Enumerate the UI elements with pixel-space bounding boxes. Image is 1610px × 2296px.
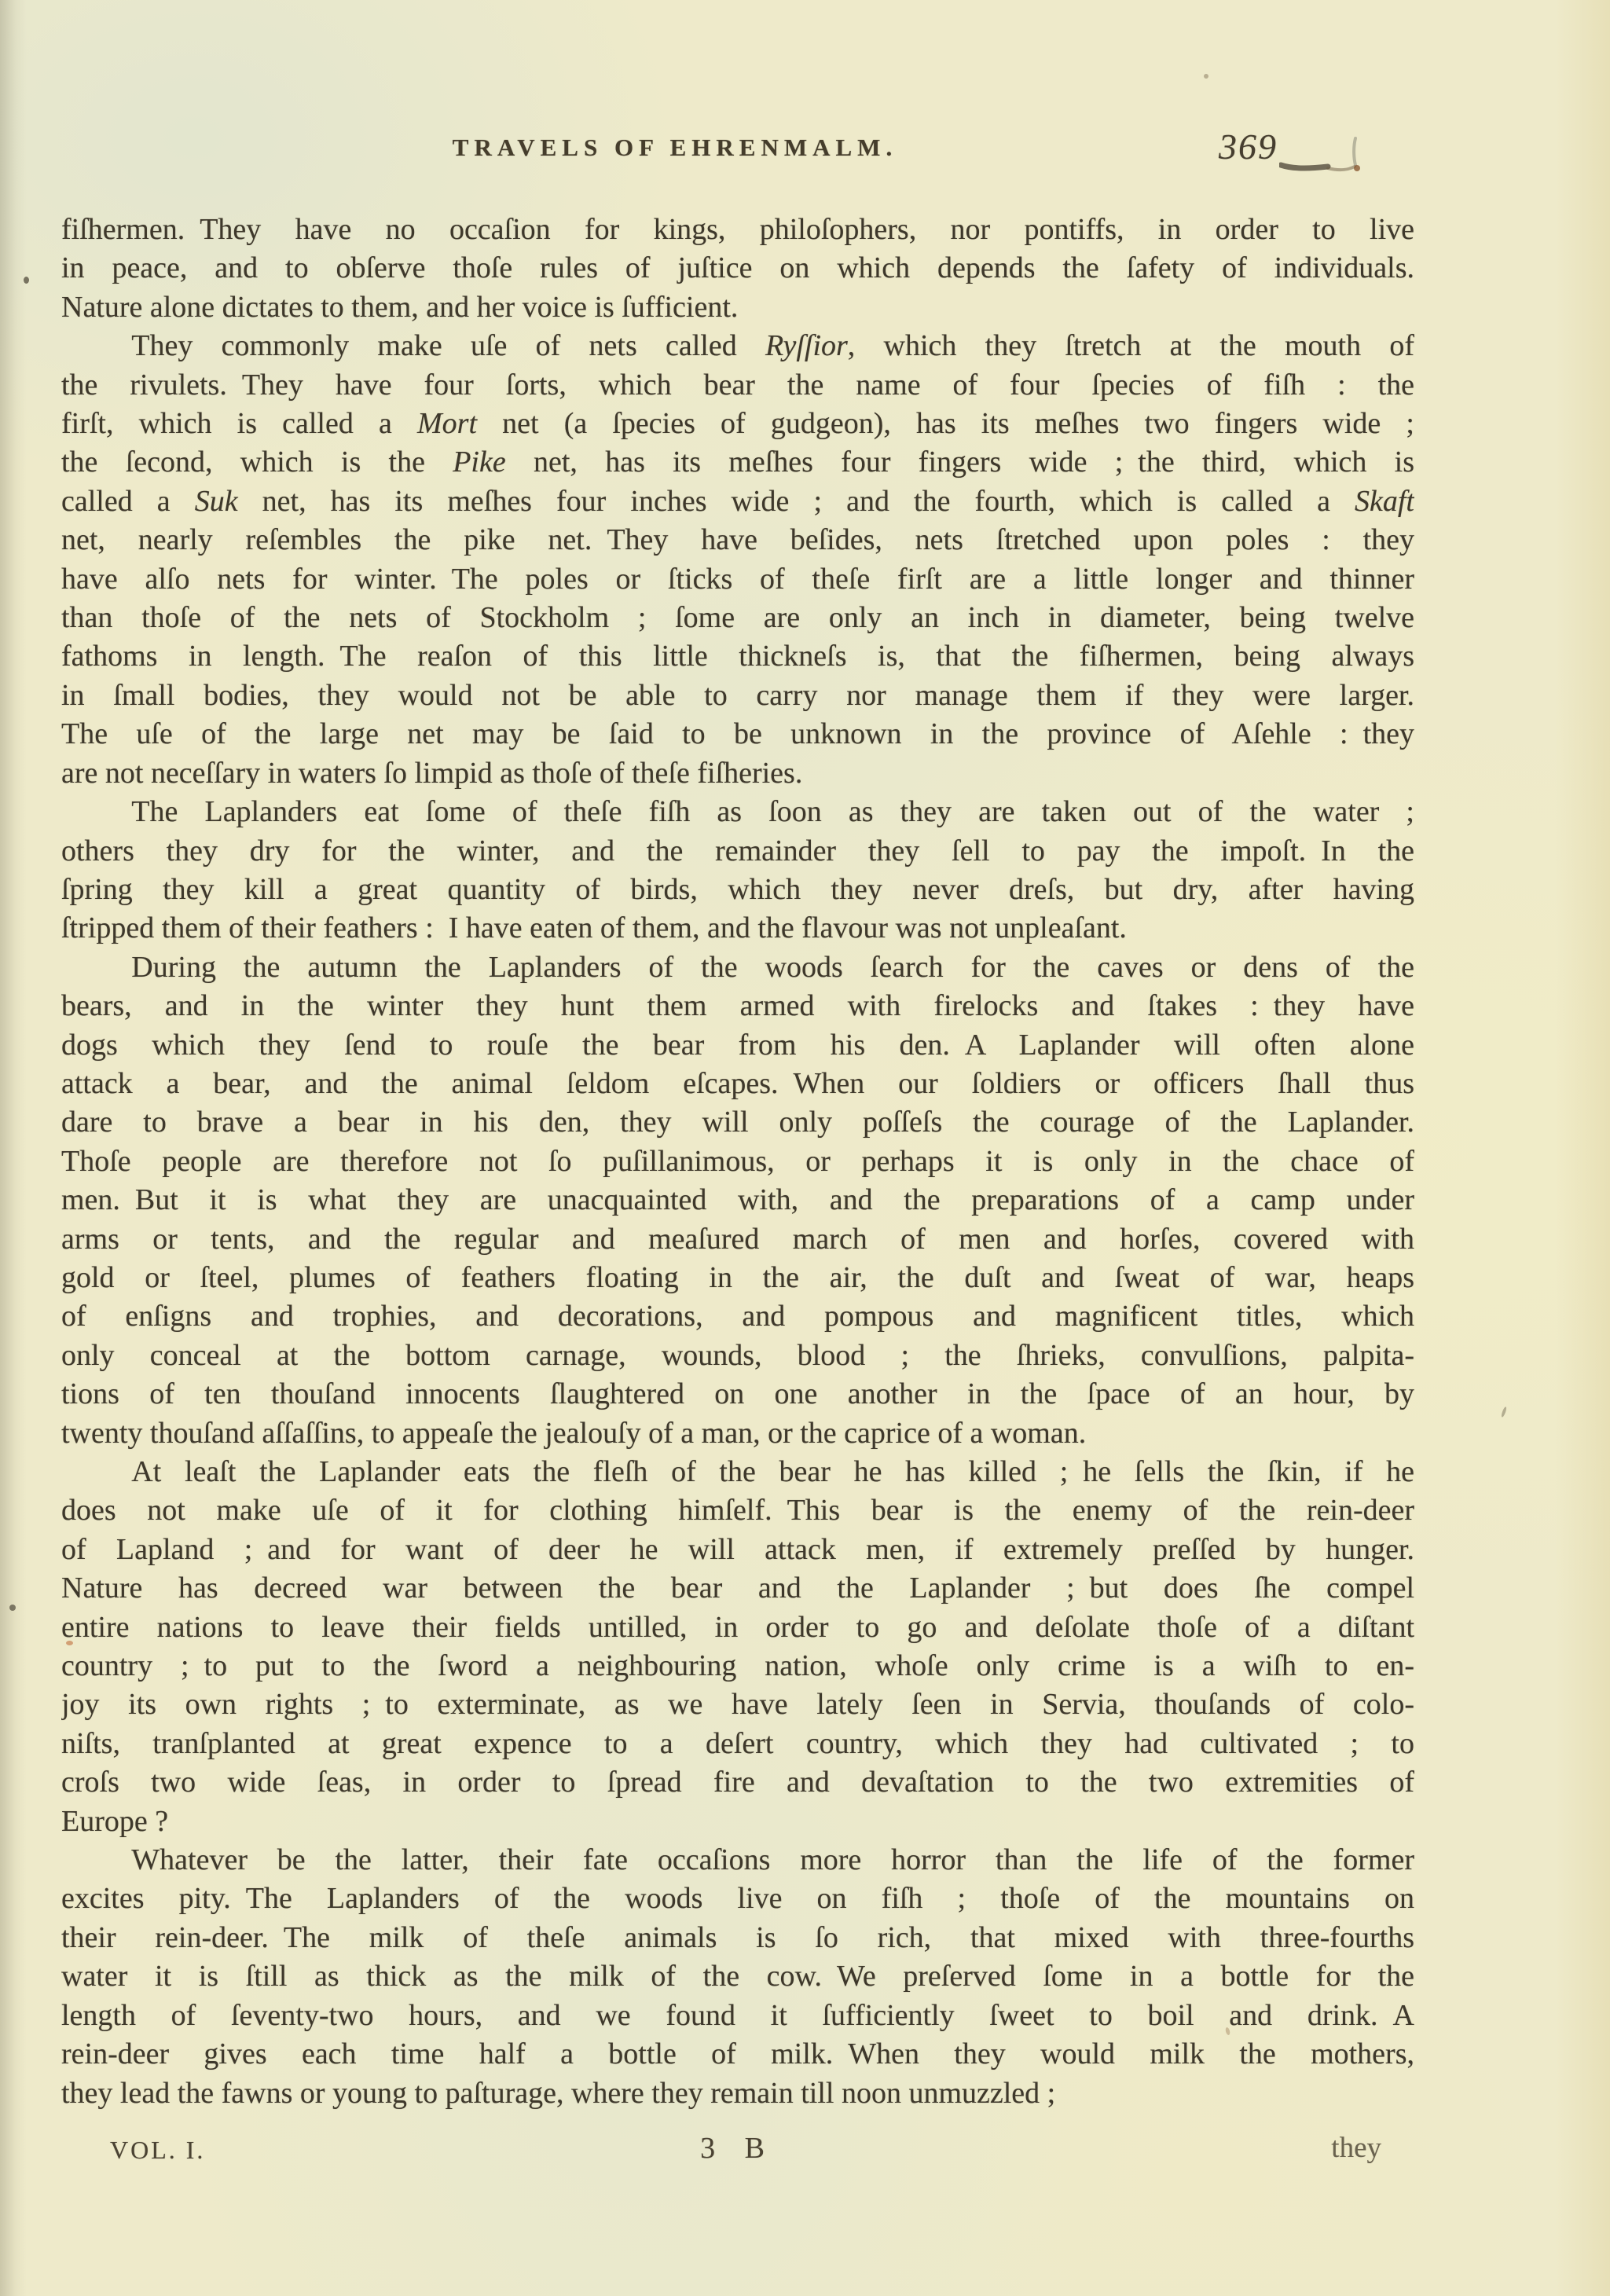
text-line: ſpring they kill a great quantity of bir… xyxy=(61,871,1414,909)
text-line: entire nations to leave their fields unt… xyxy=(61,1608,1414,1647)
text-line: croſs two wide ſeas, in order to ſpread … xyxy=(61,1763,1414,1802)
text-line: Whatever be the latter, their fate occaſ… xyxy=(61,1841,1414,1880)
text-line: They commonly make uſe of nets called Ry… xyxy=(61,327,1414,365)
page-header: TRAVELS OF EHRENMALM. 369 xyxy=(61,126,1414,181)
text-line: dare to brave a bear in his den, they wi… xyxy=(61,1103,1414,1142)
text-line: attack a bear, and the animal ſeldom eſc… xyxy=(61,1065,1414,1103)
text-paragraph: During the autumn the Laplanders of the … xyxy=(61,948,1414,1453)
running-title: TRAVELS OF EHRENMALM. xyxy=(61,134,1289,162)
text-line: are not neceſſary in waters ſo limpid as… xyxy=(61,754,1414,793)
page-number-block: 369 xyxy=(1219,126,1366,192)
text-line: than thoſe of the nets of Stockholm ; ſo… xyxy=(61,599,1414,637)
catchword: they xyxy=(1331,2131,1381,2165)
ink-flourish-icon xyxy=(1279,137,1366,192)
text-line: in peace, and to obſerve thoſe rules of … xyxy=(61,249,1414,288)
text-line: During the autumn the Laplanders of the … xyxy=(61,948,1414,987)
text-line: fiſhermen. They have no occaſion for kin… xyxy=(61,211,1414,249)
text-line: fathoms in length. The reaſon of this li… xyxy=(61,637,1414,676)
text-line: The Laplanders eat ſome of theſe fiſh as… xyxy=(61,793,1414,831)
text-line: of Lapland ; and for want of deer he wil… xyxy=(61,1531,1414,1569)
scan-edge-shadow-left xyxy=(0,0,27,2296)
text-line: At leaſt the Laplander eats the fleſh of… xyxy=(61,1453,1414,1491)
text-line: excites pity. The Laplanders of the wood… xyxy=(61,1880,1414,1918)
text-line: the ſecond, which is the Pike net, has i… xyxy=(61,443,1414,482)
text-line: only conceal at the bottom carnage, woun… xyxy=(61,1337,1414,1375)
volume-label: VOL. I. xyxy=(110,2136,205,2165)
text-line: men. But it is what they are unacquainte… xyxy=(61,1181,1414,1220)
text-line: their rein-deer. The milk of theſe anima… xyxy=(61,1919,1414,1957)
text-line: dogs which they ſend to rouſe the bear f… xyxy=(61,1026,1414,1065)
paper-speck xyxy=(1204,74,1208,79)
text-line: ſtripped them of their feathers : I have… xyxy=(61,909,1414,948)
text-paragraph: They commonly make uſe of nets called Ry… xyxy=(61,327,1414,793)
text-line: water it is ſtill as thick as the milk o… xyxy=(61,1957,1414,1996)
paper-speck xyxy=(9,1605,16,1611)
text-line: others they dry for the winter, and the … xyxy=(61,832,1414,871)
text-line: joy its own rights ; to exterminate, as … xyxy=(61,1685,1414,1724)
text-line: length of ſeventy-two hours, and we foun… xyxy=(61,1997,1414,2035)
text-line: have alſo nets for winter. The poles or … xyxy=(61,560,1414,599)
text-paragraph: Whatever be the latter, their fate occaſ… xyxy=(61,1841,1414,2113)
text-block: fiſhermen. They have no occaſion for kin… xyxy=(61,211,1414,2113)
text-line: of enſigns and trophies, and decorations… xyxy=(61,1297,1414,1336)
text-line: firſt, which is called a Mort net (a ſpe… xyxy=(61,405,1414,443)
text-paragraph: The Laplanders eat ſome of theſe fiſh as… xyxy=(61,793,1414,948)
text-paragraph: At leaſt the Laplander eats the fleſh of… xyxy=(61,1453,1414,1841)
paper-speck xyxy=(24,277,29,284)
text-line: The uſe of the large net may be ſaid to … xyxy=(61,715,1414,754)
text-line: bears, and in the winter they hunt them … xyxy=(61,987,1414,1025)
text-line: arms or tents, and the regular and meaſu… xyxy=(61,1220,1414,1259)
scanned-book-page: { "header": { "title": "TRAVELS OF EHREN… xyxy=(0,0,1610,2296)
page-number: 369 xyxy=(1219,126,1278,167)
text-line: niſts, tranſplanted at great expence to … xyxy=(61,1725,1414,1763)
text-line: they lead the fawns or young to paſturag… xyxy=(61,2074,1414,2113)
text-line: tions of ten thouſand innocents ſlaughte… xyxy=(61,1375,1414,1414)
text-line: Nature alone dictates to them, and her v… xyxy=(61,288,1414,327)
text-line: Europe ? xyxy=(61,1803,1414,1841)
text-line: country ; to put to the ſword a neighbou… xyxy=(61,1647,1414,1685)
text-line: rein-deer gives each time half a bottle … xyxy=(61,2035,1414,2074)
text-line: in ſmall bodies, they would not be able … xyxy=(61,677,1414,715)
text-line: twenty thouſand aſſaſſins, to appeaſe th… xyxy=(61,1414,1414,1453)
text-line: Nature has decreed war between the bear … xyxy=(61,1569,1414,1608)
text-line: the rivulets. They have four ſorts, whic… xyxy=(61,366,1414,405)
text-line: Thoſe people are therefore not ſo puſill… xyxy=(61,1142,1414,1181)
text-line: does not make uſe of it for clothing him… xyxy=(61,1491,1414,1530)
scan-edge-shadow-right xyxy=(1555,0,1610,2296)
text-line: gold or ſteel, plumes of feathers floati… xyxy=(61,1259,1414,1297)
text-line: net, nearly reſembles the pike net. They… xyxy=(61,521,1414,559)
page-footer: VOL. I. 3 B they xyxy=(61,2131,1414,2178)
printers-signature-mark: 3 B xyxy=(700,2131,776,2166)
text-line: called a Suk net, has its meſhes four in… xyxy=(61,482,1414,521)
text-paragraph: fiſhermen. They have no occaſion for kin… xyxy=(61,211,1414,327)
